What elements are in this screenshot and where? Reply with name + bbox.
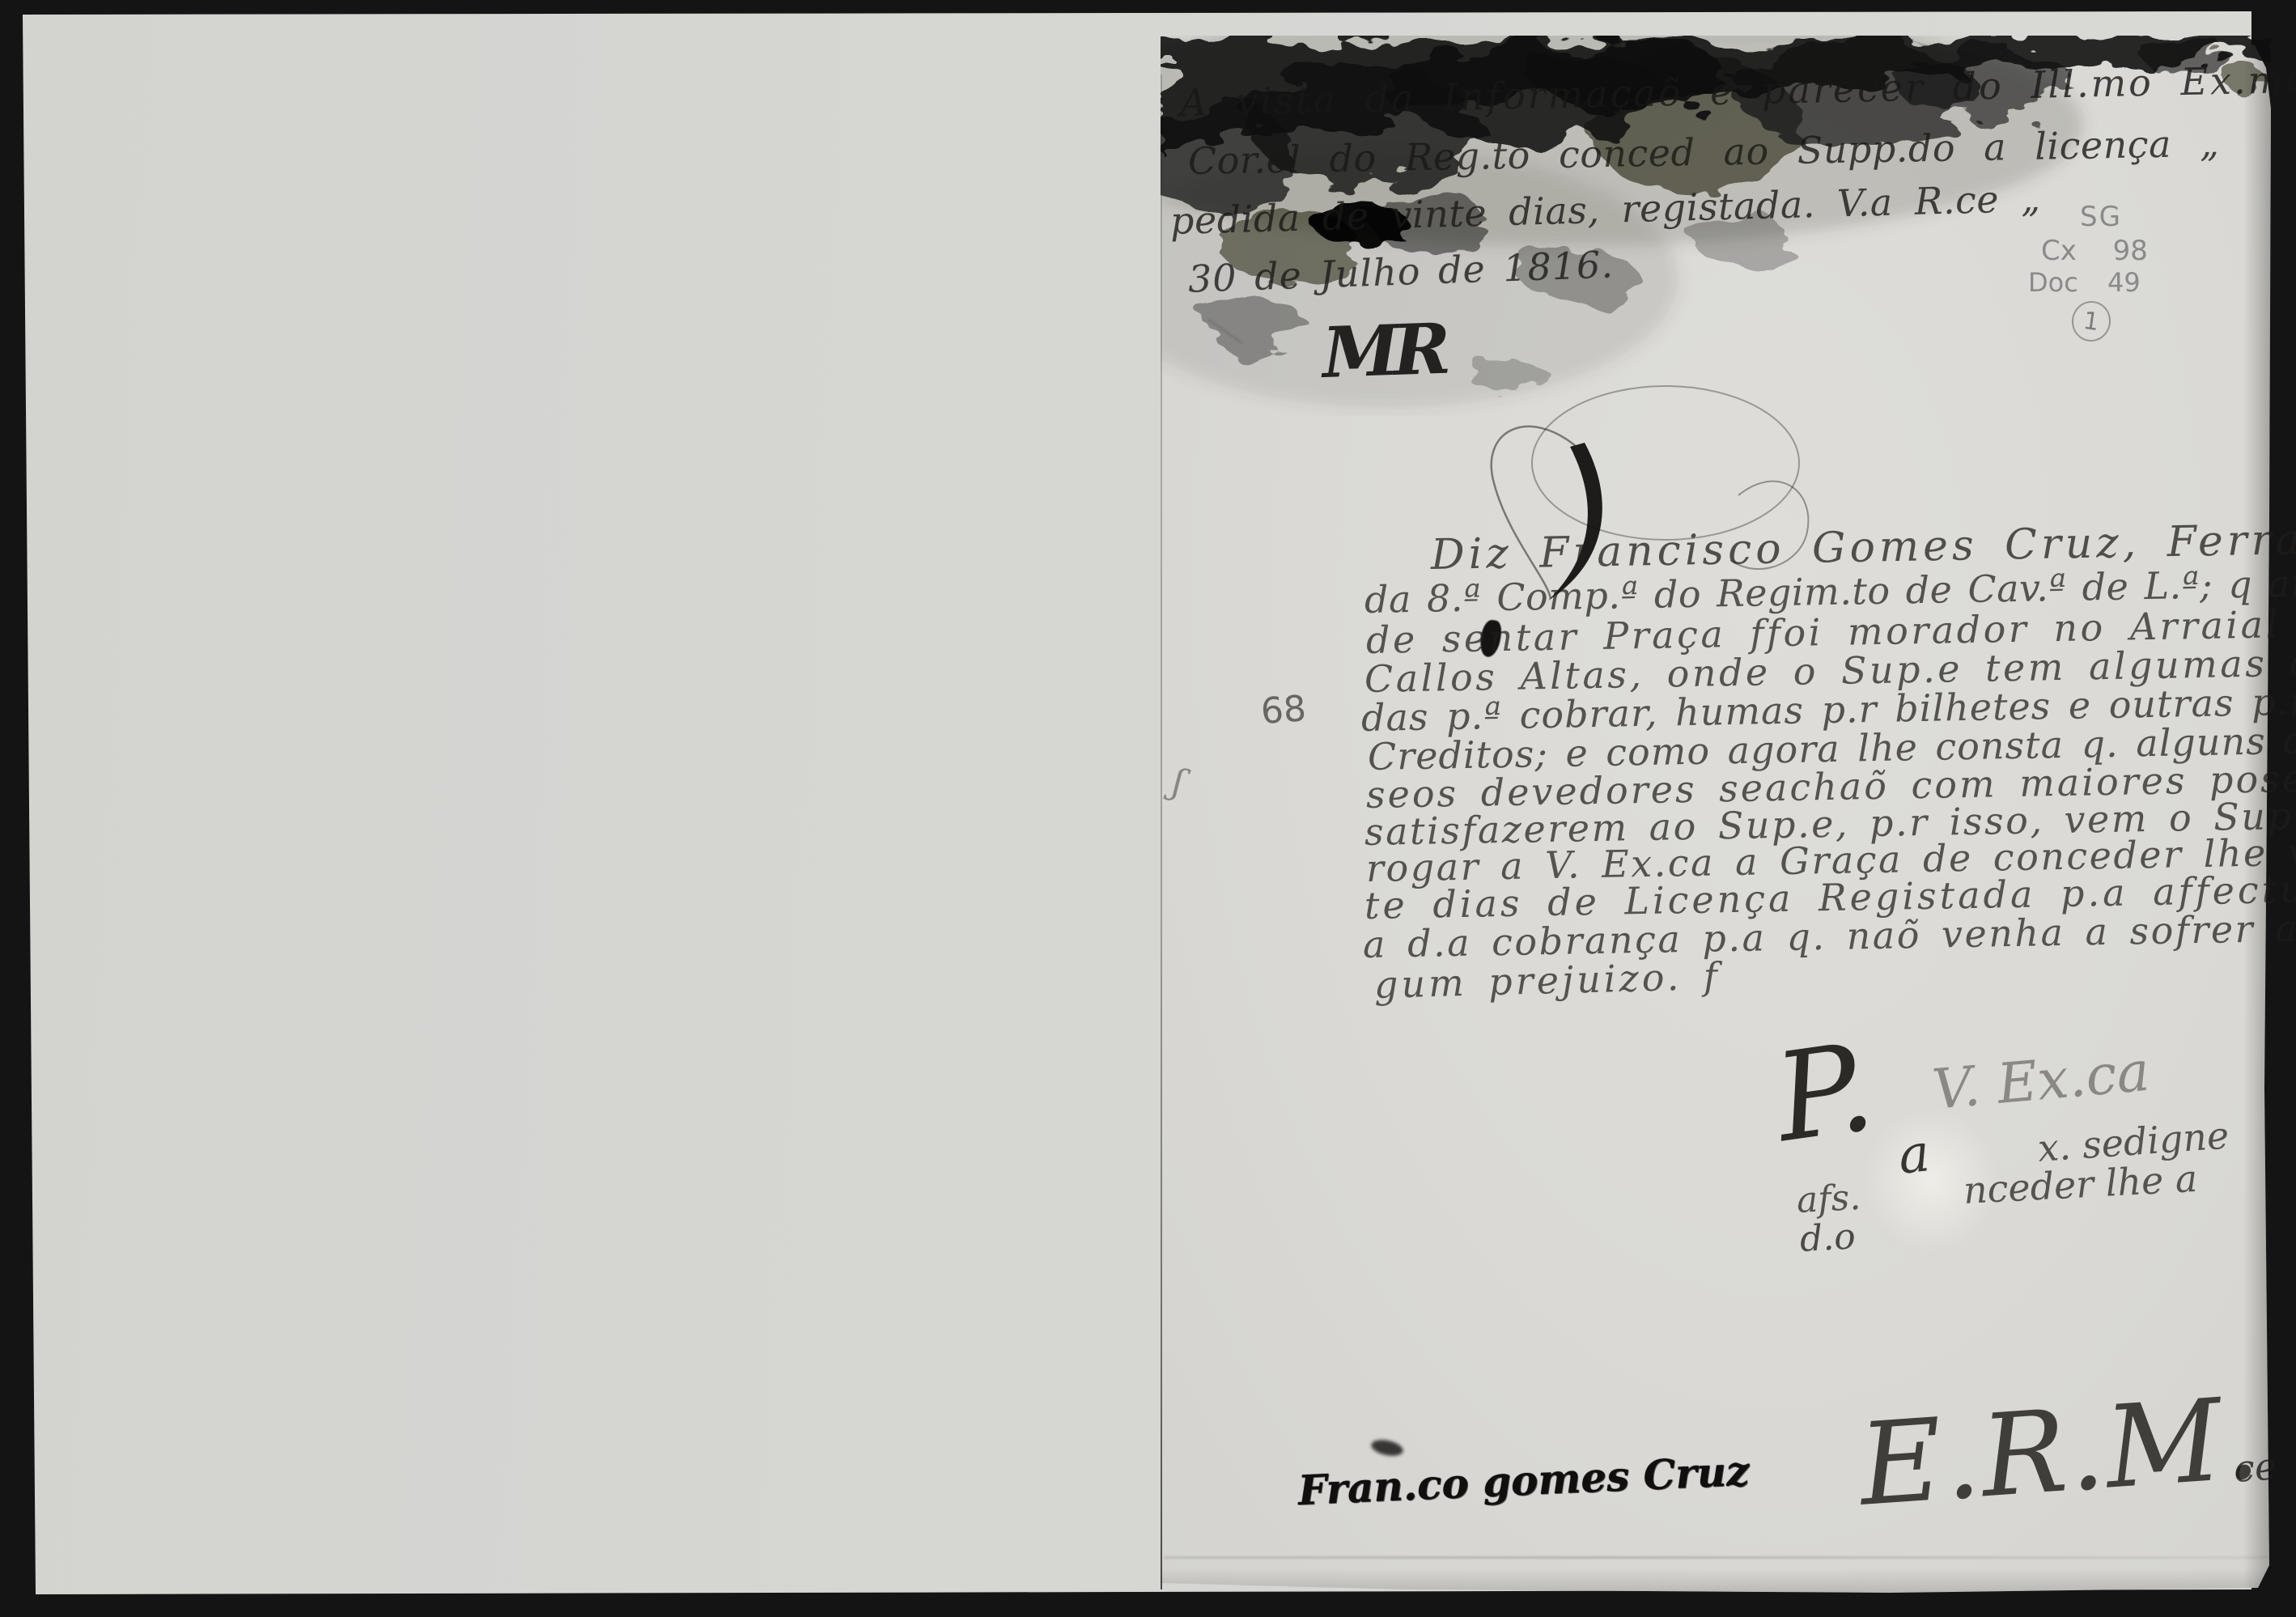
- bottom-crease: [1164, 1556, 2268, 1559]
- folio-number: 68: [1259, 688, 1307, 732]
- mr-monogram: MR: [1321, 308, 1445, 394]
- grant-letter-a: a: [1895, 1123, 1933, 1186]
- document-mark: Doc 49: [2028, 267, 2141, 298]
- grant-line-4: d.o: [1799, 1216, 1857, 1260]
- closing-formula-superscript: ce: [2232, 1444, 2278, 1491]
- page-fold-edge: [1161, 74, 1162, 1589]
- box-mark: Cx 98: [2041, 235, 2148, 267]
- closing-formula: E.R.M.: [1855, 1373, 2265, 1532]
- grant-line-3-left: afs.: [1796, 1177, 1862, 1221]
- series-mark: SG: [2080, 201, 2122, 233]
- archival-document-scan: A vista da Informaçaõ e parecer do Ill.m…: [0, 0, 2296, 1617]
- grant-initial: P.: [1768, 1016, 1882, 1169]
- manuscript-line: gum prejuizo. f: [1373, 954, 1721, 1007]
